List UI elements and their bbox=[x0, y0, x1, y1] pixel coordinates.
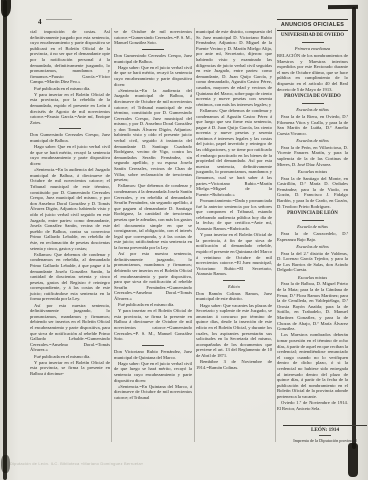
paragraph: Fué publicada en el mismo día. bbox=[114, 302, 192, 308]
paragraph: Y para insertar en el Boletín Oficial de… bbox=[30, 92, 110, 126]
paragraph: Hago saber: Que vacantes las plazas de S… bbox=[196, 303, 272, 359]
paragraph: Don Victoriano Rubio Fernández, Juez mun… bbox=[114, 349, 192, 360]
section-rule bbox=[277, 30, 348, 31]
paragraph: Los Maestros nombrados deberán tomar pos… bbox=[277, 332, 348, 399]
paragraph: RELACIÓN de los nombramientos de Maestro… bbox=[277, 53, 348, 92]
scanned-page-background: 4 cial imposición de costas. Así definit… bbox=[0, 0, 368, 480]
imprint-rule bbox=[283, 425, 367, 426]
imprint-city-year: LEÓN: 1914 bbox=[283, 428, 367, 434]
article-separator-rule bbox=[142, 49, 164, 50]
paragraph: Así por esta nuestra sentencia, definiti… bbox=[30, 303, 110, 353]
paragraph: Para la de Peón, en Villaviciosa, D. Vic… bbox=[277, 145, 348, 167]
scan-artifact-top-left-blob bbox=[1, 0, 11, 17]
paragraph: Para la del 2.º distrito de Valderas, D.… bbox=[277, 251, 348, 273]
paragraph: Para la de Santiago del Monte, en Castri… bbox=[277, 176, 348, 210]
paragraph: Fué publicada en el mismo día. bbox=[30, 86, 110, 92]
scan-artifact-left-edge bbox=[3, 0, 7, 480]
scan-artifact-bottom-right-blob bbox=[348, 443, 358, 477]
imprint-press-name: Imprenta de la Diputación provincial bbox=[283, 438, 367, 444]
imprint-footer: LEÓN: 1914 Imprenta de la Diputación pro… bbox=[283, 425, 367, 443]
italic-heading: Escuelas mixtas bbox=[277, 169, 348, 175]
section-subtitle: UNIVERSIDAD DE OVIEDO bbox=[277, 33, 348, 39]
column-divider bbox=[194, 28, 195, 442]
imprint-short-rule bbox=[319, 435, 331, 436]
text-column-4-anuncios: ANUNCIOS OFICIALESUNIVERSIDAD DE OVIEDOP… bbox=[277, 17, 348, 412]
paragraph: Y para insertar en el Boletín Oficial de… bbox=[30, 360, 110, 377]
paragraph: Hago saber: Que en el juicio verbal civi… bbox=[114, 361, 192, 383]
text-column-3: municipal de este distrito, compuesto de… bbox=[196, 29, 272, 371]
italic-heading: Edicto bbox=[196, 284, 272, 290]
digitization-watermark: Diputación de León. ILC. Biblioteca «Mar… bbox=[10, 461, 143, 466]
paragraph: Así por esta nuestra sentencia, definiti… bbox=[114, 251, 192, 301]
italic-heading: Escuela de niñas bbox=[277, 224, 348, 230]
paragraph: Para la de Carracedelo, D.ª Esperanza Ba… bbox=[277, 231, 348, 242]
paragraph: Para la de la Riera, en Oviedo, D.ª Filo… bbox=[277, 114, 348, 136]
paragraph: cial imposición de costas. Así definitiv… bbox=[30, 29, 110, 85]
paragraph: Hago saber: Que en el juicio verbal civi… bbox=[30, 144, 110, 166]
italic-heading: Escuelas de niños bbox=[277, 244, 348, 250]
text-column-1: cial imposición de costas. Así definitiv… bbox=[30, 29, 110, 377]
article-separator-rule bbox=[302, 103, 324, 104]
article-separator-rule bbox=[59, 128, 81, 129]
paragraph: Don Gumersindo Cerezales Crespo, Juez mu… bbox=[30, 132, 110, 143]
paragraph: «Sentencia.=En la audiencia del Juzgado … bbox=[114, 88, 192, 183]
paragraph: «Sentencia.=En la audiencia del Juzgado … bbox=[30, 167, 110, 251]
italic-heading: Escuelas de niñas bbox=[277, 107, 348, 113]
section-subtitle: PROVINCIA DE OVIEDO bbox=[277, 94, 348, 100]
scan-artifact-bottom-left-specks bbox=[1, 455, 10, 473]
paragraph: Fallamos: Que debemos de condenar y cond… bbox=[196, 108, 272, 198]
article-separator-rule bbox=[302, 42, 324, 43]
section-title: ANUNCIOS OFICIALES bbox=[277, 22, 348, 28]
column-divider bbox=[111, 28, 112, 442]
column-divider bbox=[275, 28, 276, 442]
paragraph: Pronunciamiento.=Dada y pronunciada fué … bbox=[196, 198, 272, 232]
paragraph: Hago saber: Que en el juicio verbal civi… bbox=[114, 65, 192, 87]
section-subtitle: PROVINCIA DE LEÓN bbox=[277, 211, 348, 217]
paragraph: Bembibre 3 de Noviembre de 1914.=Ramón C… bbox=[196, 359, 272, 370]
italic-heading: Escuelas de niños bbox=[277, 138, 348, 144]
paragraph: Oviedo 1.º de Noviembre de 1914. El Rect… bbox=[277, 400, 348, 411]
paragraph: Para la de Balboa, D. Miguel Prieto de l… bbox=[277, 281, 348, 331]
page-number: 4 bbox=[38, 18, 42, 26]
paragraph: Fallamos: Que debemos de condenar y cond… bbox=[30, 252, 110, 302]
paragraph: Don Ramón Colinas Ramos, Juez municipal … bbox=[196, 291, 272, 302]
paragraph: Y para insertar en el Boletín Oficial de… bbox=[196, 232, 272, 277]
italic-heading: Primera enseñanza bbox=[277, 46, 348, 52]
article-separator-rule bbox=[142, 345, 164, 346]
italic-heading: Escuelas mixtas bbox=[277, 275, 348, 281]
paragraph: municipal de este distrito, compuesto de… bbox=[196, 29, 272, 107]
paragraph: Y para insertar en el Boletín Oficial de… bbox=[114, 308, 192, 342]
paragraph: ve de Octubre de mil novecientos catorce… bbox=[114, 29, 192, 46]
text-column-2: ve de Octubre de mil novecientos catorce… bbox=[114, 29, 192, 401]
paragraph: Fallamos: Que debemos de condenar y cond… bbox=[114, 183, 192, 250]
scan-artifact-header-mark bbox=[46, 19, 72, 20]
scan-artifact-right-edge bbox=[352, 7, 356, 449]
article-separator-rule bbox=[223, 280, 245, 281]
paragraph: Fué publicada en el mismo día. bbox=[30, 354, 110, 360]
section-rule bbox=[277, 19, 348, 20]
paragraph: «Sentencia.=En Quintana del Marco, á die… bbox=[114, 384, 192, 401]
paragraph: Don Gumersindo Cerezales Crespo, Juez mu… bbox=[114, 53, 192, 64]
article-separator-rule bbox=[302, 220, 324, 221]
